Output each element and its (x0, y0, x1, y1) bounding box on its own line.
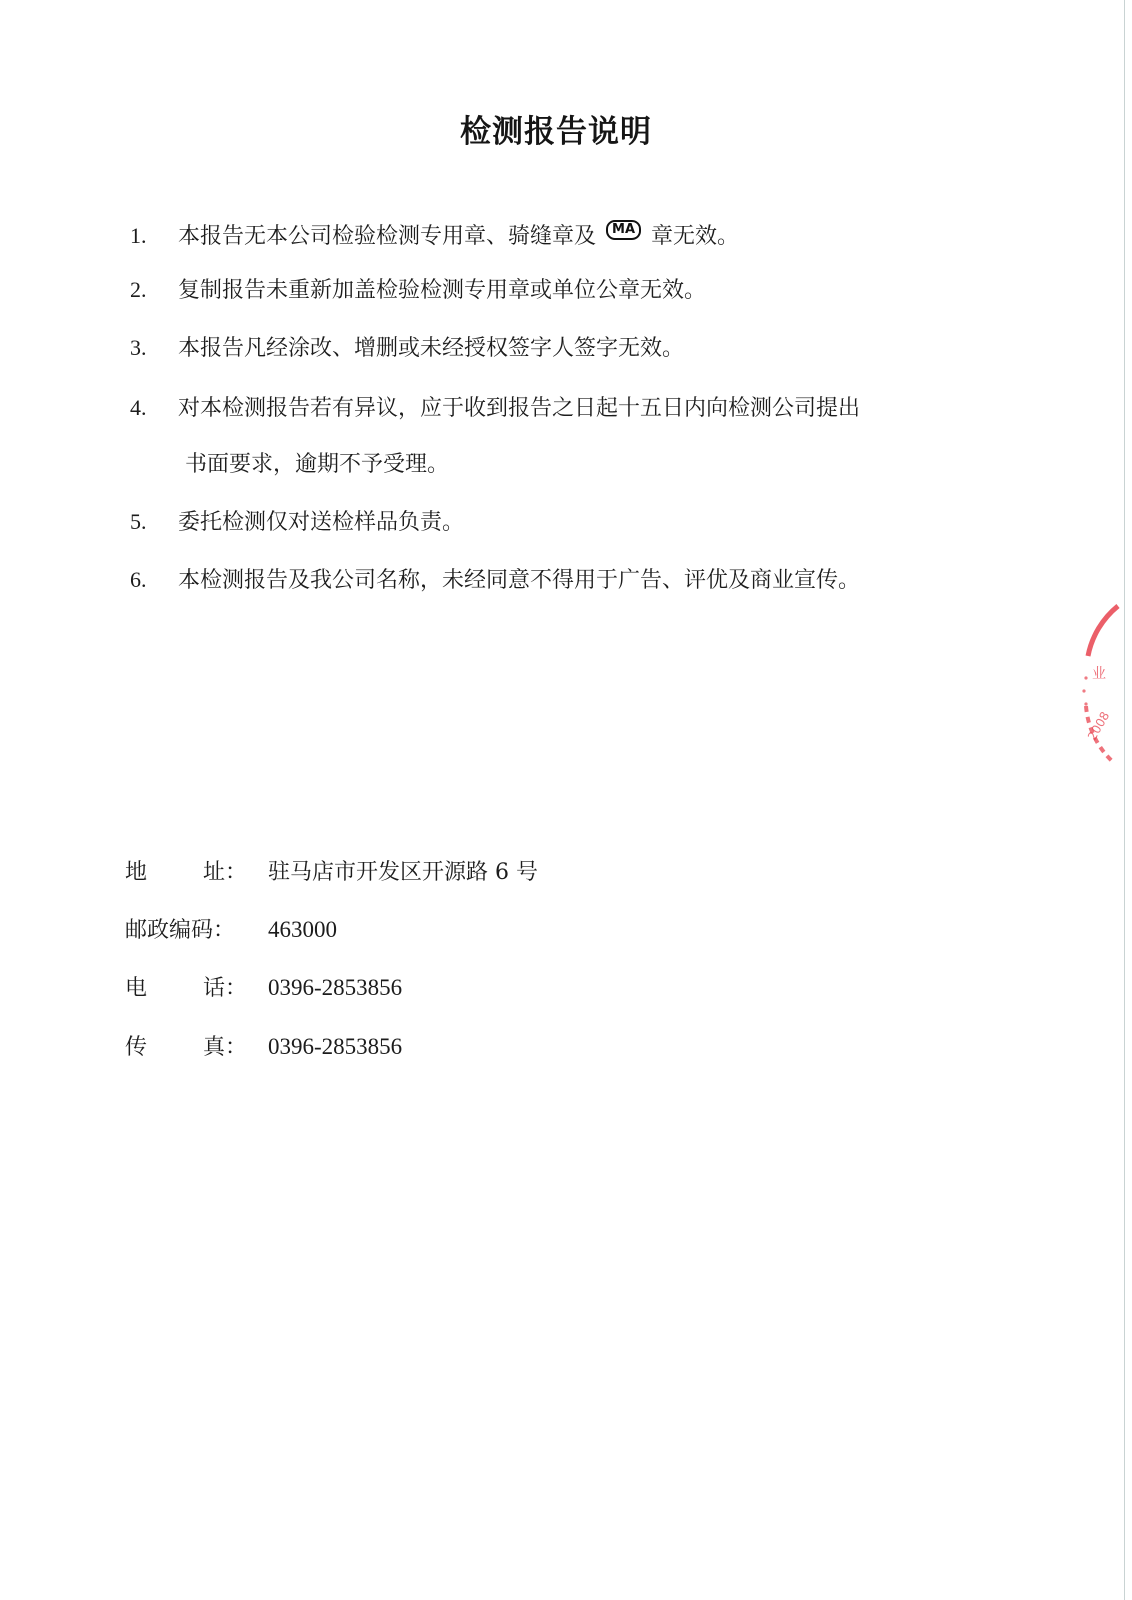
notice-item-1: 1.本报告无本公司检验检测专用章、骑缝章及MA章无效。 (130, 221, 739, 252)
notice-text-after-mark: 章无效。 (651, 222, 739, 252)
notice-item-5: 5.委托检测仅对送检样品负责。 (130, 507, 464, 538)
notice-text: 本报告无本公司检验检测专用章、骑缝章及 (178, 222, 596, 252)
contact-fax: 传真：0396-2853856 (125, 1032, 402, 1063)
notice-number: 6. (130, 565, 178, 595)
fax-value: 0396-2853856 (268, 1032, 402, 1062)
page-edge-line (1124, 0, 1125, 1600)
svg-text:业: 业 (1092, 666, 1106, 682)
notice-item-4: 4.对本检测报告若有异议，应于收到报告之日起十五日内向检测公司提出 (130, 393, 860, 424)
address-value: 驻马店市开发区开源路 6 号 (268, 858, 538, 888)
notice-item-3: 3.本报告凡经涂改、增删或未经授权签字人签字无效。 (130, 333, 684, 364)
notice-number: 2. (130, 275, 178, 305)
notice-item-2: 2.复制报告未重新加盖检验检测专用章或单位公章无效。 (130, 275, 706, 306)
page-title: 检测报告说明 (0, 106, 1112, 151)
notice-text: 对本检测报告若有异议，应于收到报告之日起十五日内向检测公司提出 (178, 394, 860, 424)
phone-label: 电话： (125, 974, 268, 1004)
postcode-label: 邮政编码： (125, 916, 268, 946)
postcode-value: 463000 (268, 915, 337, 945)
notice-text: 复制报告未重新加盖检验检测专用章或单位公章无效。 (178, 276, 706, 306)
notice-number: 3. (130, 333, 178, 363)
contact-address: 地址：驻马店市开发区开源路 6 号 (125, 858, 538, 888)
notice-text: 本检测报告及我公司名称，未经同意不得用于广告、评优及商业宣传。 (178, 566, 860, 596)
notice-number: 1. (130, 221, 178, 251)
contact-postcode: 邮政编码：463000 (125, 915, 337, 946)
notice-item-6: 6.本检测报告及我公司名称，未经同意不得用于广告、评优及商业宣传。 (130, 565, 860, 596)
phone-value: 0396-2853856 (268, 973, 402, 1003)
contact-phone: 电话：0396-2853856 (125, 973, 402, 1004)
seal-partial-text: 2008 (1085, 709, 1112, 742)
notice-number: 4. (130, 393, 178, 423)
cma-mark-icon: MA (606, 220, 641, 240)
notice-item-4-continuation: 书面要求，逾期不予受理。 (185, 450, 449, 480)
notice-number: 5. (130, 507, 178, 537)
notice-text: 本报告凡经涂改、增删或未经授权签字人签字无效。 (178, 334, 684, 364)
address-label: 地址： (125, 858, 268, 888)
notice-text: 委托检测仅对送检样品负责。 (178, 508, 464, 538)
company-seal-stamp: 业 2008 (1060, 596, 1132, 776)
fax-label: 传真： (125, 1033, 268, 1063)
seal-icon: 业 2008 (1060, 596, 1132, 776)
